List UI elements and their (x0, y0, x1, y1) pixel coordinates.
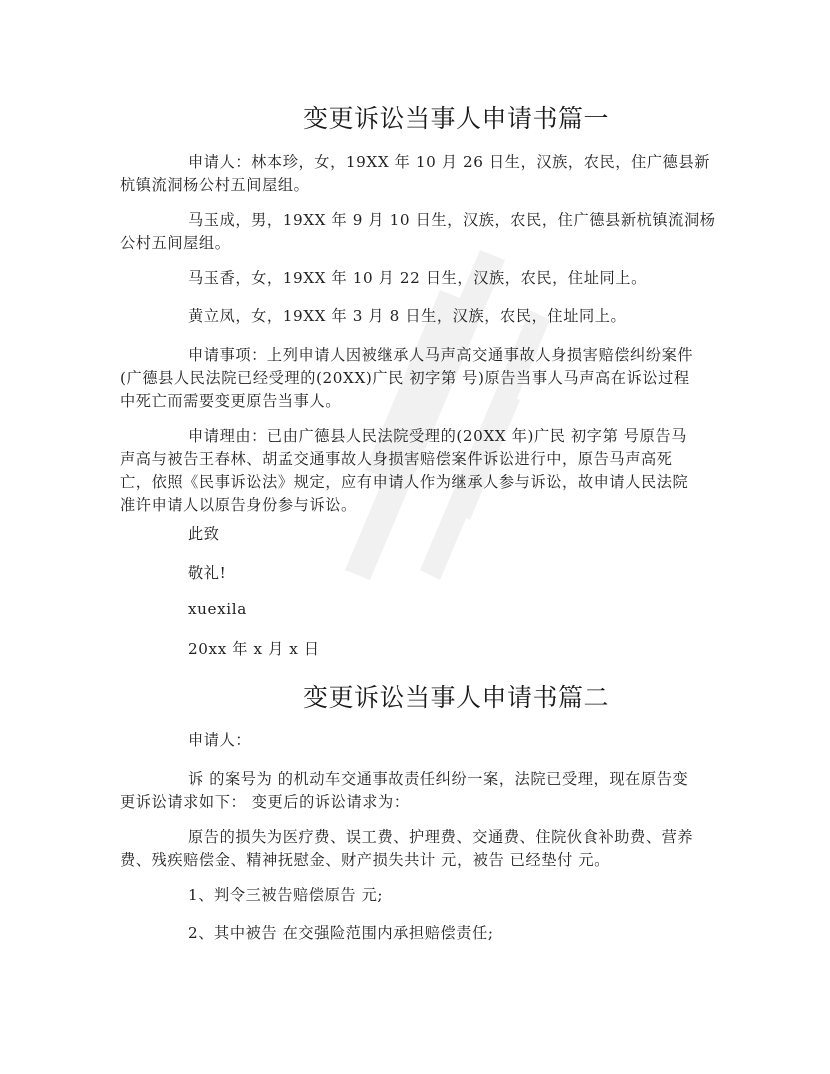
text-line: 此致 (188, 523, 220, 544)
text-line: 亡，依照《民事诉讼法》规定，应有申请人作为继承人参与诉讼，故申请人民法院 (120, 471, 688, 492)
text-line: 申请理由：已由广德县人民法院受理的(20XX 年)广民 初字第 号原告马 (188, 425, 687, 446)
text-line: 中死亡而需要变更原告当事人。 (120, 390, 341, 411)
text-line: 申请人： (188, 729, 251, 750)
text-line: xuexila (188, 600, 247, 618)
text-line: 申请人：林本珍，女，19XX 年 10 月 26 日生，汉族，农民，住广德县新 (188, 151, 710, 172)
text-line: (广德县人民法院已经受理的(20XX)广民 初字第 号)原告当事人马声高在诉讼过… (120, 367, 690, 388)
text-line: 准许申请人以原告身份参与诉讼。 (120, 494, 357, 515)
text-line: 原告的损失为医疗费、误工费、护理费、交通费、住院伙食补助费、营养 (188, 826, 693, 847)
watermark-icon (330, 250, 550, 580)
text-line: 马玉香，女，19XX 年 10 月 22 日生，汉族，农民，住址同上。 (188, 267, 647, 288)
text-line: 黄立凤，女，19XX 年 3 月 8 日生，汉族，农民，住址同上。 (188, 305, 626, 326)
section-2-title: 变更诉讼当事人申请书篇二 (0, 678, 830, 714)
text-line: 声高与被告王春林、胡孟交通事故人身损害赔偿案件诉讼进行中，原告马声高死 (120, 448, 673, 469)
section-1-title: 变更诉讼当事人申请书篇一 (0, 99, 830, 135)
text-line: 更诉讼请求如下： 变更后的诉讼请求为： (120, 791, 410, 812)
text-line: 1、判令三被告赔偿原告 元; (188, 884, 383, 905)
text-line: 马玉成，男，19XX 年 9 月 10 日生，汉族，农民，住广德县新杭镇流洞杨 (188, 209, 716, 230)
text-line: 20xx 年 x 月 x 日 (188, 638, 320, 659)
text-line: 杭镇流洞杨公村五间屋组。 (120, 174, 309, 195)
text-line: 费、残疾赔偿金、精神抚慰金、财产损失共计 元，被告 已经垫付 元。 (120, 849, 610, 870)
document-page: 变更诉讼当事人申请书篇一 申请人：林本珍，女，19XX 年 10 月 26 日生… (0, 0, 830, 1074)
text-line: 诉 的案号为 的机动车交通事故责任纠纷一案，法院已受理，现在原告变 (188, 768, 688, 789)
text-line: 2、其中被告 在交强险范围内承担赔偿责任; (188, 922, 494, 943)
text-line: 公村五间屋组。 (120, 232, 231, 253)
text-line: 申请事项：上列申请人因被继承人马声高交通事故人身损害赔偿纠纷案件 (188, 344, 693, 365)
text-line: 敬礼! (188, 562, 226, 583)
